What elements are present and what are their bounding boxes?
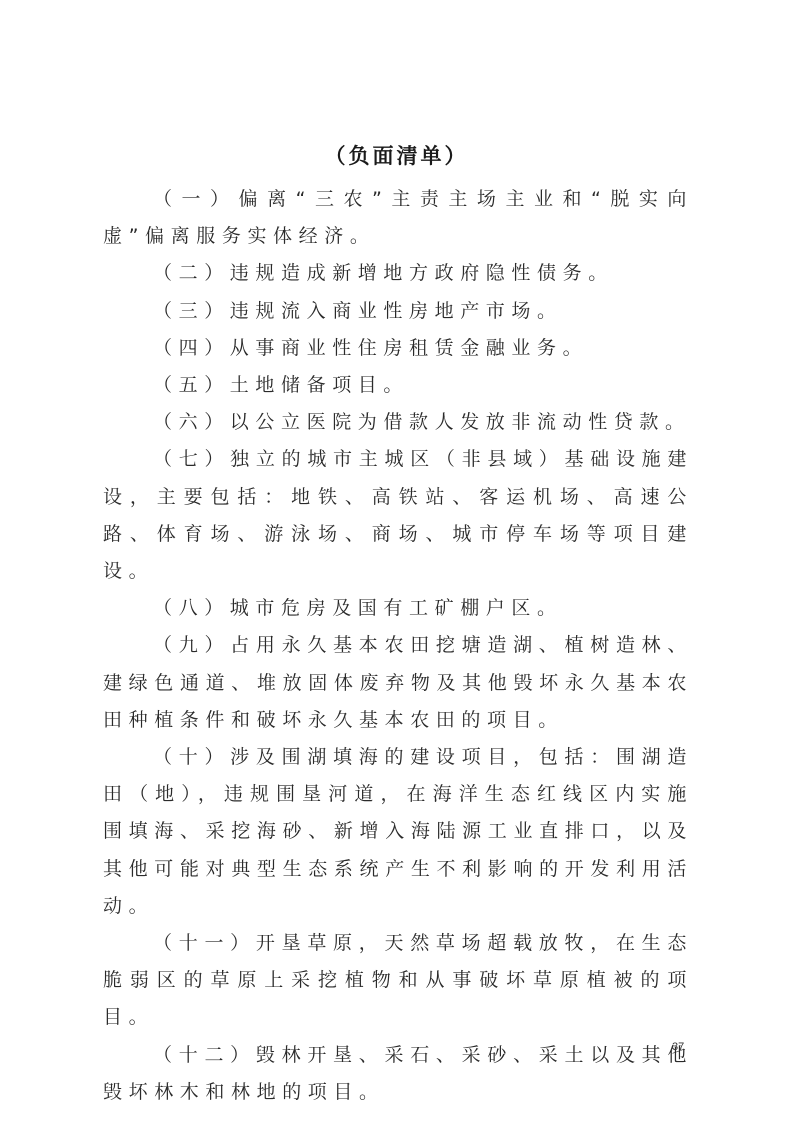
list-item-6: （六）以公立医院为借款人发放非流动性贷款。 [103, 404, 693, 441]
list-item-1: （一）偏离“三农”主责主场主业和“脱实向虚”偏离服务实体经济。 [103, 181, 693, 255]
page-number: 37 [672, 1041, 684, 1053]
list-item-10: （十）涉及围湖填海的建设项目，包括：围湖造田（地），违规围垦河道，在海洋生态红线… [103, 739, 693, 925]
negative-list-body: （一）偏离“三农”主责主场主业和“脱实向虚”偏离服务实体经济。 （二）违规造成新… [103, 181, 693, 1111]
list-item-5: （五）土地储备项目。 [103, 367, 693, 404]
document-page: （负面清单） （一）偏离“三农”主责主场主业和“脱实向虚”偏离服务实体经济。 （… [0, 0, 793, 1122]
list-item-12: （十二）毁林开垦、采石、采砂、采土以及其他毁坏林木和林地的项目。 [103, 1037, 693, 1111]
list-item-2: （二）违规造成新增地方政府隐性债务。 [103, 255, 693, 292]
list-item-11: （十一）开垦草原，天然草场超载放牧，在生态脆弱区的草原上采挖植物和从事破坏草原植… [103, 925, 693, 1037]
list-item-3: （三）违规流入商业性房地产市场。 [103, 293, 693, 330]
list-item-7: （七）独立的城市主城区（非县域）基础设施建设，主要包括：地铁、高铁站、客运机场、… [103, 441, 693, 590]
list-item-4: （四）从事商业性住房租赁金融业务。 [103, 330, 693, 367]
section-title: （负面清单） [0, 140, 793, 170]
list-item-8: （八）城市危房及国有工矿棚户区。 [103, 590, 693, 627]
list-item-9: （九）占用永久基本农田挖塘造湖、植树造林、建绿色通道、堆放固体废弃物及其他毁坏永… [103, 627, 693, 739]
